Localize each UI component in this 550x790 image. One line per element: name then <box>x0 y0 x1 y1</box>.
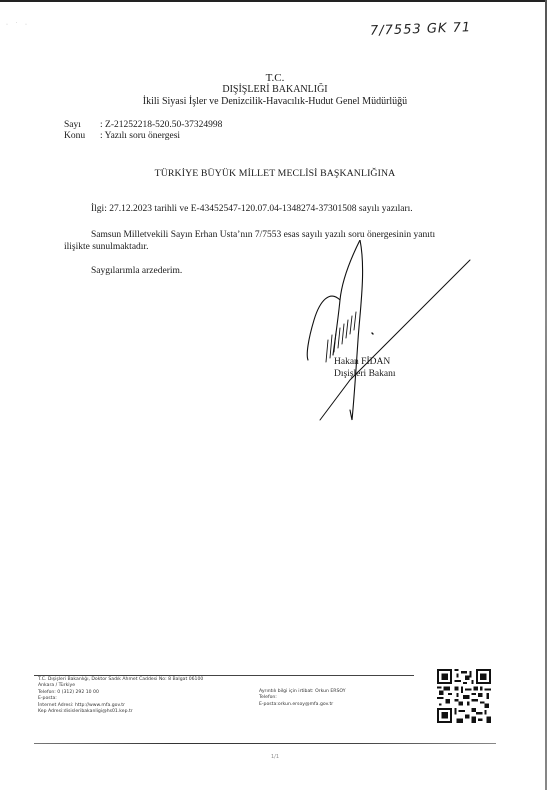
page-top-border <box>0 0 546 2</box>
konu-value: : Yazılı soru önergesi <box>100 131 180 141</box>
reference-line: İlgi: 27.12.2023 tarihli ve E-43452547-1… <box>91 204 413 214</box>
bottom-divider <box>34 743 496 744</box>
header-directorate: İkili Siyasi İşler ve Denizcilik-Havacıl… <box>0 96 550 108</box>
signer-name: Hakan FİDAN <box>334 356 395 368</box>
footer-contact: T.C. Dışişleri Bakanlığı, Doktor Sadık A… <box>38 677 203 715</box>
page-number: 1/1 <box>0 754 550 760</box>
scan-specks: · ˙ · <box>6 22 30 28</box>
signer-block: Hakan FİDAN Dışişleri Bakanı <box>334 356 395 380</box>
qr-code-icon <box>437 669 491 723</box>
meta-konu: Konu: Yazılı soru önergesi <box>64 131 180 142</box>
footer-kep: Kep Adresi:disisleribakanligi@hs01.kep.t… <box>38 709 203 715</box>
footer-divider <box>34 675 414 676</box>
page-right-border <box>545 0 547 790</box>
konu-label: Konu <box>64 131 100 142</box>
footer-liaison: Ayrıntılı bilgi için irtibat: Orkun ERSO… <box>259 689 346 708</box>
sayi-label: Sayı <box>64 120 100 131</box>
handwritten-note: 7/7553 GK 71 <box>370 20 472 39</box>
closing-line: Saygılarımla arzederim. <box>91 266 182 276</box>
signature-mark <box>300 240 480 430</box>
signer-title: Dışişleri Bakanı <box>334 368 395 380</box>
meta-sayi: Sayı: Z-21252218-520.50-37324998 <box>64 120 222 131</box>
addressee: TÜRKİYE BÜYÜK MİLLET MECLİSİ BAŞKANLIĞIN… <box>0 168 550 179</box>
sayi-value: : Z-21252218-520.50-37324998 <box>100 120 222 130</box>
header-tc: T.C. <box>0 72 550 84</box>
liaison-email[interactable]: E-posta:orkun.ersoy@mfa.gov.tr <box>259 702 346 708</box>
header-ministry: DIŞİŞLERİ BAKANLIĞI <box>0 84 550 96</box>
